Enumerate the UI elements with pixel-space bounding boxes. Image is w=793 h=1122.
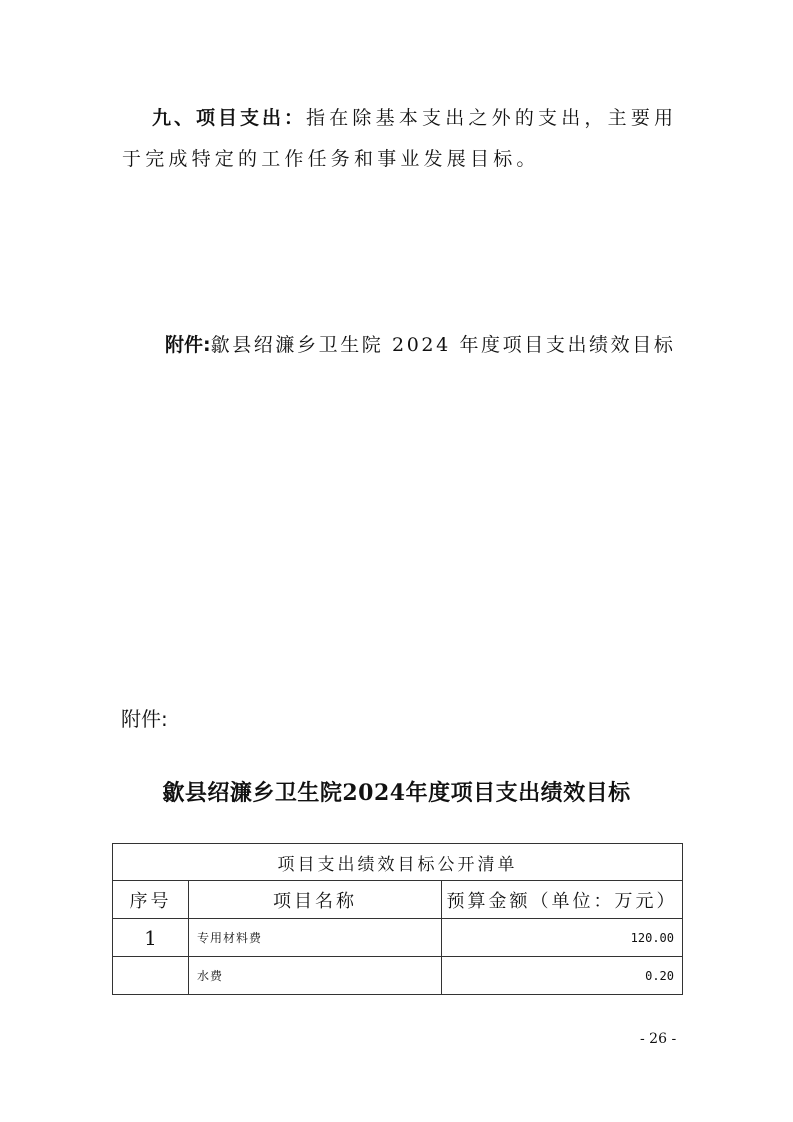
annex-title: 歙县绍濂乡卫生院2024年度项目支出绩效目标 [0, 776, 793, 807]
annex-reference: 附件:歙县绍濂乡卫生院 2024 年度项目支出绩效目标 [165, 330, 675, 357]
performance-target-table: 项目支出绩效目标公开清单 序号 项目名称 预算金额（单位：万元） 1 专用材料费… [112, 843, 683, 995]
cell-project-name: 专用材料费 [189, 919, 442, 957]
cell-serial [113, 957, 189, 995]
cell-budget-amount: 120.00 [442, 919, 683, 957]
table-row: 1 专用材料费 120.00 [113, 919, 683, 957]
section-nine-heading: 九、项目支出： [152, 107, 306, 129]
header-project-name: 项目名称 [189, 881, 442, 919]
annex-reference-label: 附件: [165, 334, 211, 356]
section-nine-paragraph: 九、项目支出：指在除基本支出之外的支出，主要用 [152, 103, 677, 130]
page-number: - 26 - [640, 1031, 676, 1047]
cell-budget-amount: 0.20 [442, 957, 683, 995]
cell-project-name: 水费 [189, 957, 442, 995]
header-serial: 序号 [113, 881, 189, 919]
annex-label: 附件: [121, 703, 168, 732]
table-row: 水费 0.20 [113, 957, 683, 995]
table-caption: 项目支出绩效目标公开清单 [113, 844, 683, 881]
header-budget-amount: 预算金额（单位：万元） [442, 881, 683, 919]
section-nine-text-continued: 于完成特定的工作任务和事业发展目标。 [122, 144, 540, 171]
cell-serial: 1 [113, 919, 189, 957]
section-nine-text: 指在除基本支出之外的支出，主要用 [306, 107, 677, 129]
annex-reference-text: 歙县绍濂乡卫生院 2024 年度项目支出绩效目标 [211, 334, 676, 356]
